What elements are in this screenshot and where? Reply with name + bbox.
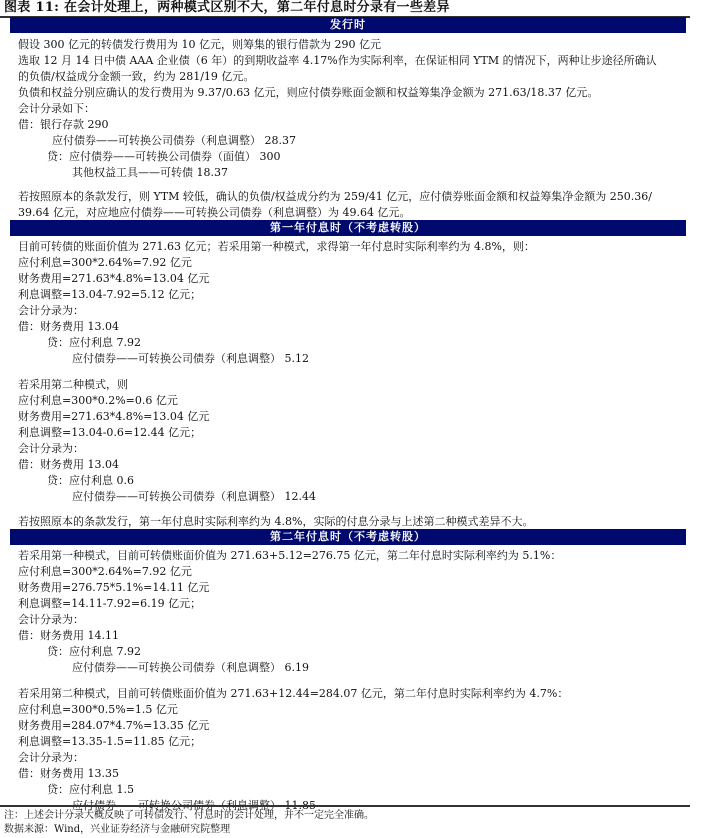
credit-entry: 贷：应付利息 7.92	[47, 644, 141, 659]
text-line: 会计分录为：	[18, 441, 84, 456]
text-line: 若采用第一种模式，目前可转债账面价值为 271.63+5.12=276.75 亿…	[18, 548, 561, 563]
footer-divider	[0, 805, 690, 807]
text-line: 会计分录为：	[18, 612, 84, 627]
debit-entry: 借：银行存款 290	[18, 117, 109, 132]
text-line: 利息调整=13.35-1.5=11.85 亿元；	[18, 734, 201, 749]
text-line: 若采用第二种模式，则	[18, 377, 128, 392]
section-header-issuance: 发行时	[10, 17, 686, 33]
data-source: 数据来源：Wind，兴业证券经济与金融研究院整理	[4, 823, 230, 836]
text-line: 若采用第二种模式，目前可转债账面价值为 271.63+12.44=284.07 …	[18, 686, 568, 701]
credit-entry: 应付债券——可转换公司债券（利息调整） 12.44	[72, 489, 316, 504]
text-line: 财务费用=284.07*4.7%=13.35 亿元	[18, 718, 209, 733]
debit-entry: 应付债券——可转换公司债券（利息调整） 28.37	[52, 133, 296, 148]
text-line: 应付利息=300*0.2%=0.6 亿元	[18, 393, 178, 408]
section-header-year2: 第二年付息时（不考虑转股）	[10, 529, 686, 545]
debit-entry: 借：财务费用 13.35	[18, 766, 119, 781]
text-line: 会计分录为：	[18, 303, 84, 318]
credit-entry: 应付债券——可转换公司债券（利息调整） 6.19	[72, 660, 309, 675]
text-line: 利息调整=13.04-0.6=12.44 亿元；	[18, 425, 201, 440]
text-line: 假设 300 亿元的转债发行费用为 10 亿元，则筹集的银行借款为 290 亿元	[18, 37, 381, 52]
text-line: 财务费用=271.63*4.8%=13.04 亿元	[18, 271, 209, 286]
text-line: 选取 12 月 14 日中债 AAA 企业债（6 年）的到期收益率 4.17%作…	[18, 53, 657, 68]
text-line: 应付利息=300*2.64%=7.92 亿元	[18, 255, 192, 270]
text-line: 目前可转债的账面价值为 271.63 亿元；若采用第一种模式，求得第一年付息时实…	[18, 239, 535, 254]
text-line: 会计分录为：	[18, 750, 84, 765]
text-line: 应付利息=300*0.5%=1.5 亿元	[18, 702, 178, 717]
credit-entry: 应付债券——可转换公司债券（利息调整） 5.12	[72, 351, 309, 366]
text-line: 39.64 亿元，对应地应付债券——可转换公司债券（利息调整）为 49.64 亿…	[18, 205, 410, 220]
debit-entry: 借：财务费用 14.11	[18, 628, 119, 643]
credit-entry: 贷：应付利息 1.5	[47, 782, 134, 797]
text-line: 财务费用=276.75*5.1%=14.11 亿元	[18, 580, 209, 595]
text-line: 财务费用=271.63*4.8%=13.04 亿元	[18, 409, 209, 424]
text-line: 的负债/权益成分金额一致，约为 281/19 亿元。	[18, 69, 254, 84]
figure-title: 图表 11: 在会计处理上，两种模式区别不大，第二年付息时分录有一些差异	[4, 0, 694, 16]
credit-entry: 贷：应付利息 7.92	[47, 335, 141, 350]
footnote: 注：上述会计分录大概反映了可转债发行、付息时的会计处理，并不一定完全准确。	[4, 809, 374, 822]
text-line: 利息调整=13.04-7.92=5.12 亿元；	[18, 287, 201, 302]
section-header-year1: 第一年付息时（不考虑转股）	[10, 220, 686, 236]
credit-entry: 贷：应付利息 0.6	[47, 473, 134, 488]
text-line: 若按照原本的条款发行，则 YTM 较低，确认的负债/权益成分约为 259/41 …	[18, 189, 652, 204]
credit-entry: 贷：应付债券——可转换公司债券（面值） 300	[47, 149, 281, 164]
text-line: 会计分录如下：	[18, 101, 95, 116]
text-line: 应付利息=300*2.64%=7.92 亿元	[18, 564, 192, 579]
text-line: 利息调整=14.11-7.92=6.19 亿元；	[18, 596, 201, 611]
credit-entry: 其他权益工具——可转债 18.37	[72, 165, 228, 180]
debit-entry: 借：财务费用 13.04	[18, 319, 119, 334]
text-line: 若按照原本的条款发行，第一年付息时实际利率约为 4.8%，实际的付息分录与上述第…	[18, 514, 533, 529]
text-line: 负债和权益分别应确认的发行费用为 9.37/0.63 亿元，则应付债券账面金额和…	[18, 85, 598, 100]
debit-entry: 借：财务费用 13.04	[18, 457, 119, 472]
